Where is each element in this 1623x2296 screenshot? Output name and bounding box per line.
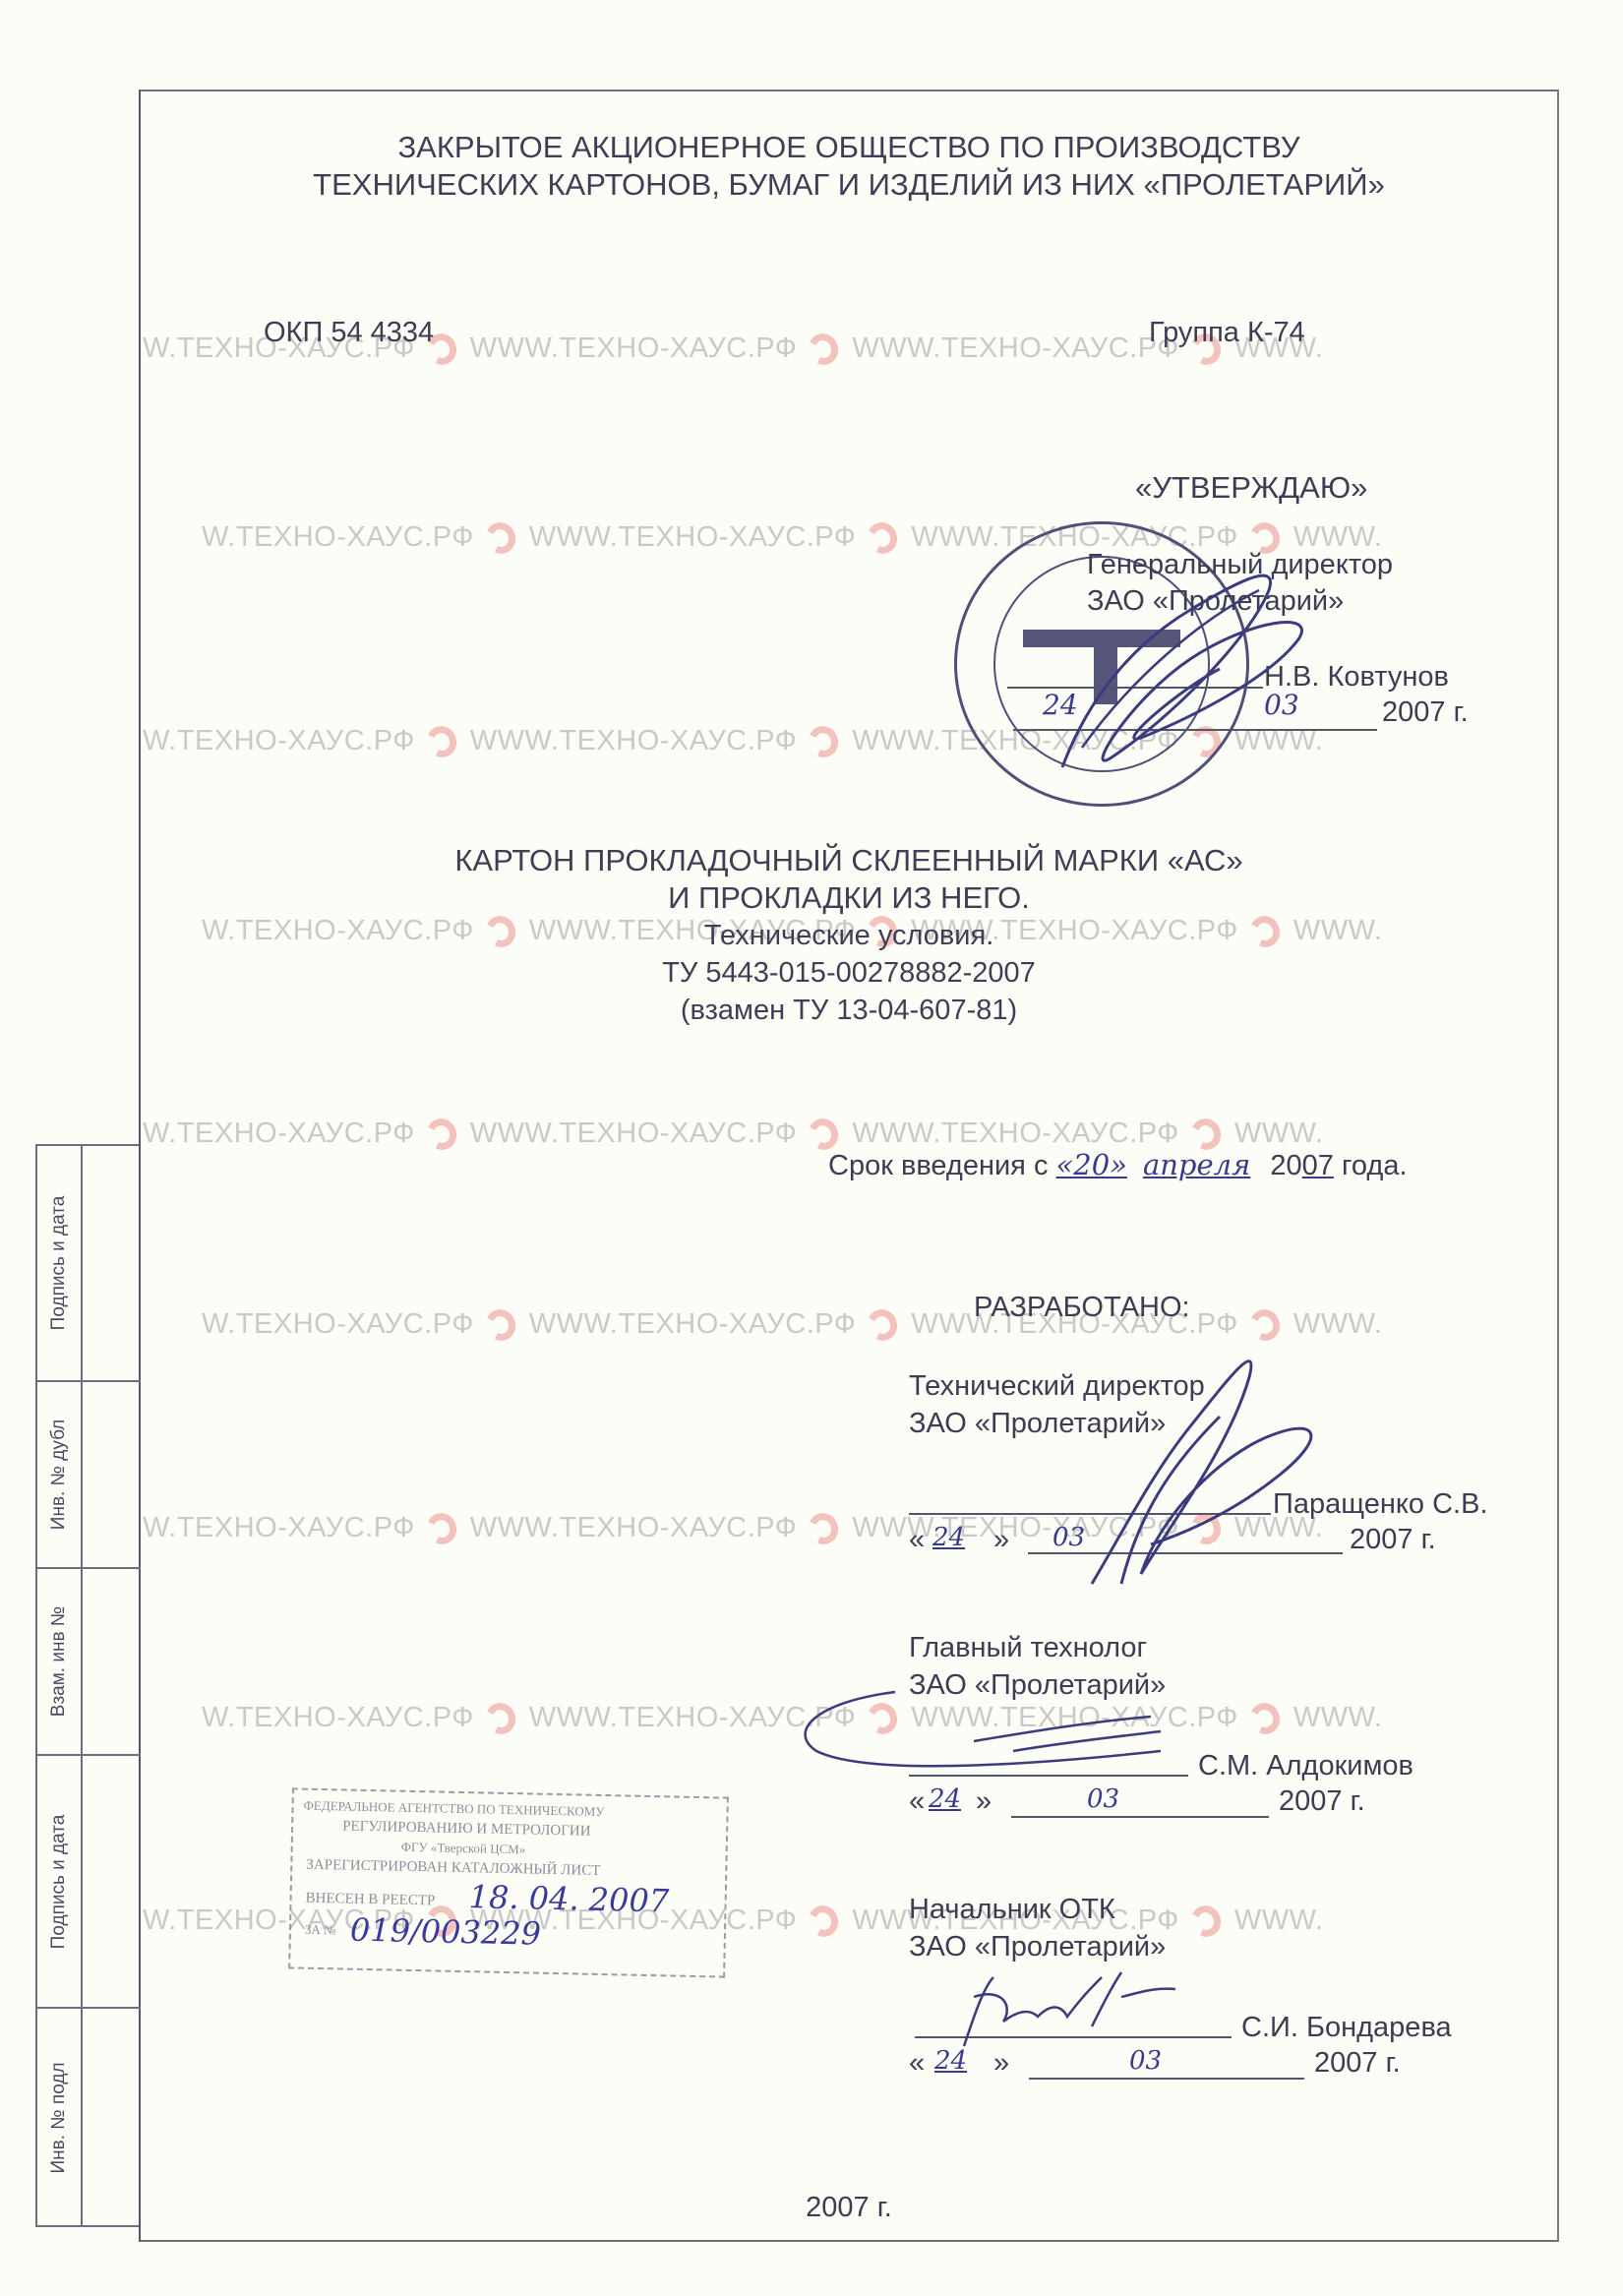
spec-number: ТУ 5443-015-00278882-2007 (139, 954, 1559, 992)
signatory-1-quote-open: « (909, 1521, 925, 1558)
watermark-text: WWW.ТЕХНО-ХАУС.РФ (852, 1512, 1179, 1544)
watermark-text: W.ТЕХНО-ХАУС.РФ (143, 1118, 415, 1150)
watermark-text: WWW.ТЕХНО-ХАУС.РФ (852, 332, 1179, 365)
signatory-2-month: 03 (1087, 1781, 1119, 1818)
strip-cell-signature-date-1: Подпись и дата (37, 1146, 81, 1382)
watermark-logo-icon (1245, 1308, 1284, 1345)
signatory-2-signature-line (909, 1775, 1188, 1777)
reg-stamp-line-2: РЕГУЛИРОВАНИЮ И МЕТРОЛОГИИ (342, 1818, 591, 1840)
strip-label: Инв. № дубл (48, 1420, 70, 1530)
reg-stamp-number-label: ЗА № (305, 1922, 336, 1939)
effective-date-day: «20» (1056, 1148, 1127, 1181)
strip-cell-signature-date-2: Подпись и дата (37, 1756, 81, 2009)
watermark-logo-icon (1245, 1702, 1284, 1738)
group-code: Группа К-74 (1149, 317, 1305, 349)
strip-cell-vzam-inv: Взам. инв № (37, 1569, 81, 1756)
watermark-logo-icon (864, 521, 902, 558)
watermark-row: W.ТЕХНО-ХАУС.РФWWW.ТЕХНО-ХАУС.РФWWW.ТЕХН… (202, 1702, 1480, 1741)
watermark-text: WWW.ТЕХНО-ХАУС.РФ (470, 725, 798, 757)
approval-company: ЗАО «Пролетарий» (1087, 585, 1344, 618)
watermark-logo-icon (805, 725, 843, 761)
signatory-3-company: ЗАО «Пролетарий» (909, 1928, 1166, 1965)
seal-logo-stem-icon (1094, 645, 1117, 704)
watermark-text: WWW.ТЕХНО-ХАУС.РФ (529, 521, 857, 554)
replaces-spec: (взамен ТУ 13-04-607-81) (139, 992, 1559, 1029)
watermark-text: W.ТЕХНО-ХАУС.РФ (202, 1702, 474, 1734)
strip-divider (81, 1146, 83, 2225)
signatory-3-date-line (1029, 2078, 1304, 2080)
approval-date-day: 24 (1043, 689, 1078, 721)
approval-title: «УТВЕРЖДАЮ» (1135, 470, 1367, 506)
effective-date-label: Срок введения с (828, 1150, 1048, 1181)
signatory-2-year: 2007 г. (1279, 1782, 1365, 1820)
strip-cell-inv-podl: Инв. № подл (37, 2009, 81, 2227)
signatory-3-year: 2007 г. (1314, 2044, 1401, 2082)
signatory-1-name: Паращенко С.В. (1273, 1485, 1488, 1523)
watermark-logo-icon (864, 1702, 902, 1738)
strip-label: Подпись и дата (48, 1814, 70, 1949)
developed-title: РАЗРАБОТАНО: (974, 1289, 1190, 1326)
watermark-text: WWW.ТЕХНО-ХАУС.РФ (529, 1702, 857, 1734)
footer-year: 2007 г. (139, 2192, 1559, 2224)
organization-line-1: ЗАКРЫТОЕ АКЦИОНЕРНОЕ ОБЩЕСТВО ПО ПРОИЗВО… (139, 130, 1559, 165)
watermark-logo-icon (422, 1118, 460, 1154)
effective-date-month: апреля (1143, 1148, 1250, 1181)
reg-stamp-number: 019/003229 (350, 1911, 542, 1953)
watermark-text: WWW.ТЕХНО-ХАУС.РФ (529, 1308, 857, 1341)
reg-stamp-line-4: ЗАРЕГИСТРИРОВАН КАТАЛОЖНЫЙ ЛИСТ (306, 1857, 600, 1880)
signatory-3-month: 03 (1129, 2042, 1162, 2080)
signatory-3-quote-open: « (909, 2044, 925, 2082)
signatory-2-company: ЗАО «Пролетарий» (909, 1666, 1166, 1704)
effective-date-tail: года. (1342, 1150, 1408, 1181)
registration-stamp: ФЕДЕРАЛЬНОЕ АГЕНТСТВО ПО ТЕХНИЧЕСКОМУ РЕ… (288, 1787, 729, 1977)
document-title-line-3: Технические условия. (139, 917, 1559, 954)
signatory-2-position: Главный технолог (909, 1629, 1147, 1666)
watermark-logo-icon (422, 725, 460, 761)
watermark-text: WWW.ТЕХНО-ХАУС.РФ (470, 332, 798, 365)
okp-code: ОКП 54 4334 (264, 317, 434, 349)
reg-stamp-line-3: ФГУ «Тверской ЦСМ» (401, 1840, 526, 1858)
watermark-text: WWW.ТЕХНО-ХАУС.РФ (470, 1512, 798, 1544)
effective-date-year-suffix: 07 (1302, 1150, 1334, 1181)
watermark-logo-icon (864, 1308, 902, 1345)
strip-label: Подпись и дата (48, 1196, 70, 1331)
watermark-logo-icon (1186, 1512, 1225, 1548)
watermark-text: WWW. (1293, 1308, 1383, 1341)
watermark-text: WWW. (1293, 1702, 1383, 1734)
watermark-text: WWW.ТЕХНО-ХАУС.РФ (911, 1702, 1238, 1734)
watermark-logo-icon (422, 1512, 460, 1548)
document-title-line-1: КАРТОН ПРОКЛАДОЧНЫЙ СКЛЕЕННЫЙ МАРКИ «АС» (139, 842, 1559, 879)
approval-date-month: 03 (1264, 689, 1299, 721)
watermark-logo-icon (805, 332, 843, 369)
signatory-1-day: 24 (932, 1519, 965, 1556)
signatory-1-company: ЗАО «Пролетарий» (909, 1405, 1166, 1442)
signatory-2-day: 24 (929, 1781, 961, 1818)
signatory-1-year: 2007 г. (1350, 1521, 1436, 1558)
signatory-2-quote-open: « (909, 1782, 925, 1820)
approval-position: Генеральный директор (1087, 549, 1393, 581)
signatory-3-signature-line (915, 2036, 1232, 2038)
watermark-text: W.ТЕХНО-ХАУС.РФ (143, 725, 415, 757)
watermark-text: WWW.ТЕХНО-ХАУС.РФ (470, 1118, 798, 1150)
signatory-3-position: Начальник ОТК (909, 1891, 1115, 1928)
signatory-1-month: 03 (1052, 1519, 1085, 1556)
margin-strip: Подпись и дата Инв. № дубл Взам. инв № П… (35, 1144, 139, 2227)
approval-date-year: 2007 г. (1382, 696, 1469, 729)
watermark-logo-icon (805, 1904, 843, 1941)
signatory-2-name: С.М. Алдокимов (1198, 1747, 1413, 1784)
watermark-logo-icon (1186, 1904, 1225, 1941)
signatory-1-signature-line (909, 1513, 1271, 1515)
signatory-2-date-line (1011, 1816, 1269, 1818)
strip-label: Инв. № подл (48, 2062, 70, 2173)
effective-date-year-prefix: 20 (1270, 1150, 1301, 1181)
watermark-text: WWW. (1234, 1904, 1324, 1937)
signatory-1-date-line (1028, 1552, 1343, 1554)
watermark-text: W.ТЕХНО-ХАУС.РФ (143, 1512, 415, 1544)
watermark-logo-icon (481, 1308, 519, 1345)
document-title-line-2: И ПРОКЛАДКИ ИЗ НЕГО. (139, 879, 1559, 917)
reg-stamp-registry-label: ВНЕСЕН В РЕЕСТР (305, 1891, 435, 1910)
signatory-3-day: 24 (934, 2042, 967, 2080)
signatory-3-quote-close: » (993, 2044, 1009, 2082)
approval-date-line (1013, 729, 1377, 731)
strip-cell-inv-dubl: Инв. № дубл (37, 1382, 81, 1569)
signatory-2-quote-close: » (976, 1782, 992, 1820)
watermark-row: W.ТЕХНО-ХАУС.РФWWW.ТЕХНО-ХАУС.РФWWW.ТЕХН… (143, 1512, 1421, 1551)
strip-label: Взам. инв № (48, 1606, 70, 1717)
signatory-1-quote-close: » (993, 1521, 1009, 1558)
signatory-1-position: Технический директор (909, 1367, 1205, 1405)
watermark-logo-icon (481, 521, 519, 558)
watermark-text: W.ТЕХНО-ХАУС.РФ (202, 521, 474, 554)
watermark-row: W.ТЕХНО-ХАУС.РФWWW.ТЕХНО-ХАУС.РФWWW.ТЕХН… (202, 1308, 1480, 1348)
organization-line-2: ТЕХНИЧЕСКИХ КАРТОНОВ, БУМАГ И ИЗДЕЛИЙ ИЗ… (139, 167, 1559, 203)
effective-date: Срок введения с «20» апреля 2007 года. (828, 1146, 1408, 1184)
reg-stamp-line-1: ФЕДЕРАЛЬНОЕ АГЕНТСТВО ПО ТЕХНИЧЕСКОМУ (303, 1798, 604, 1820)
watermark-text: W.ТЕХНО-ХАУС.РФ (202, 1308, 474, 1341)
signatory-3-name: С.И. Бондарева (1241, 2009, 1452, 2046)
watermark-logo-icon (481, 1702, 519, 1738)
watermark-logo-icon (805, 1512, 843, 1548)
